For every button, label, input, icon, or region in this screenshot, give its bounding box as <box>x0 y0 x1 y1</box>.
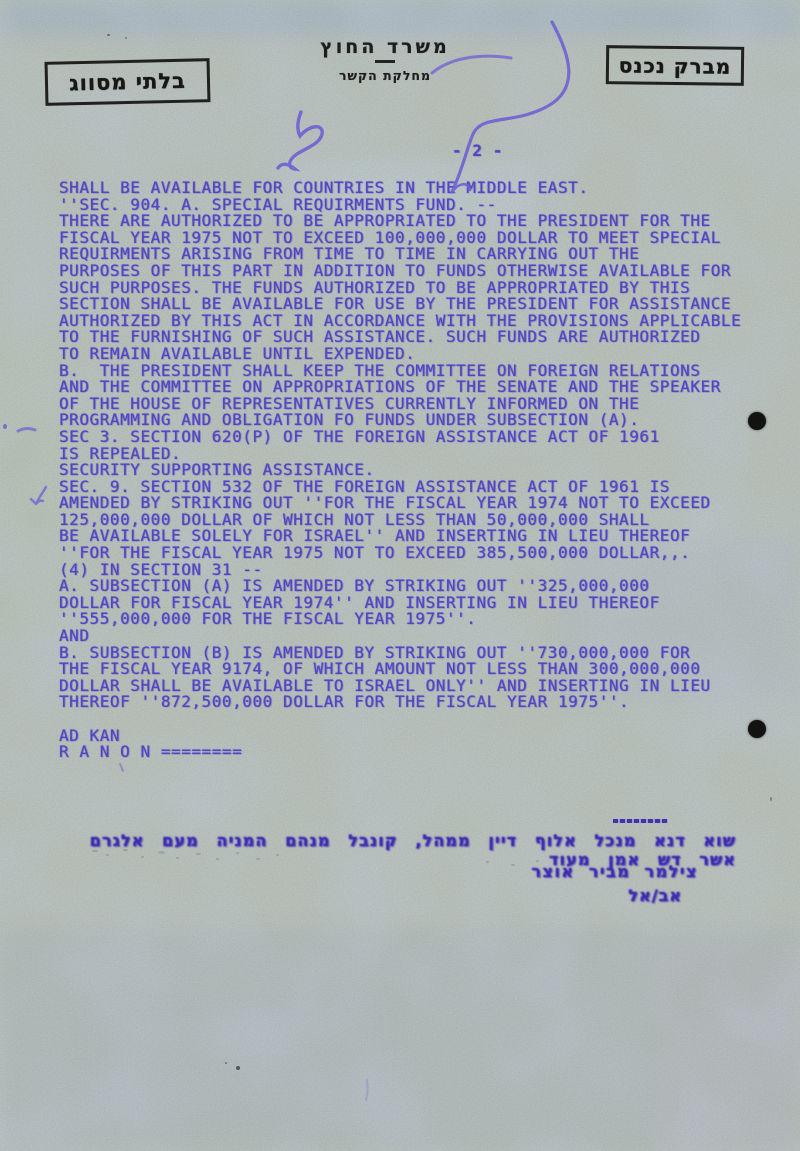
margin-dash-mark <box>18 429 35 431</box>
punch-hole-bottom <box>748 720 766 738</box>
pen-flourish-scribble <box>278 112 322 169</box>
page-number: - 2 - <box>452 141 503 160</box>
ink-speck <box>225 1062 227 1064</box>
incoming-telegram-stamp: מברק נכנס <box>606 45 744 86</box>
ink-speck <box>125 37 127 39</box>
classification-stamp-label: בלתי מסווג <box>69 69 186 96</box>
scan-tone-patch <box>0 0 800 36</box>
typewritten-body: SHALL BE AVAILABLE FOR COUNTRIES IN THE … <box>59 180 741 761</box>
hebrew-annotation-line2: צילמר מביר אוצר <box>531 862 698 881</box>
pen-faint-bottom-mark <box>366 1080 368 1100</box>
margin-check-mark <box>31 487 46 504</box>
classification-stamp: בלתי מסווג <box>45 58 211 106</box>
scan-tone-patch <box>90 1000 390 1120</box>
scan-tone-patch <box>0 930 800 1151</box>
ink-speck <box>107 34 110 36</box>
annotation-underline-dashes <box>613 819 668 823</box>
ink-speck <box>3 424 7 429</box>
pen-tick-below-signoff <box>120 764 123 771</box>
ink-speck <box>770 797 772 801</box>
ministry-title: משרד החוץ <box>300 36 470 58</box>
hebrew-annotation-line3: אב/אל <box>628 886 682 905</box>
ministry-header: משרד החוץ מחלקת הקשר <box>300 36 470 83</box>
incoming-telegram-stamp-label: מברק נכנס <box>619 53 732 78</box>
punch-hole-top <box>748 412 766 430</box>
header-divider <box>375 60 395 63</box>
scan-tone-patch <box>660 950 800 1150</box>
department-subtitle: מחלקת הקשר <box>300 68 470 83</box>
scanned-telegram-page: מברק נכנס בלתי מסווג משרד החוץ מחלקת הקש… <box>0 0 800 1151</box>
ink-speck <box>236 1066 240 1070</box>
